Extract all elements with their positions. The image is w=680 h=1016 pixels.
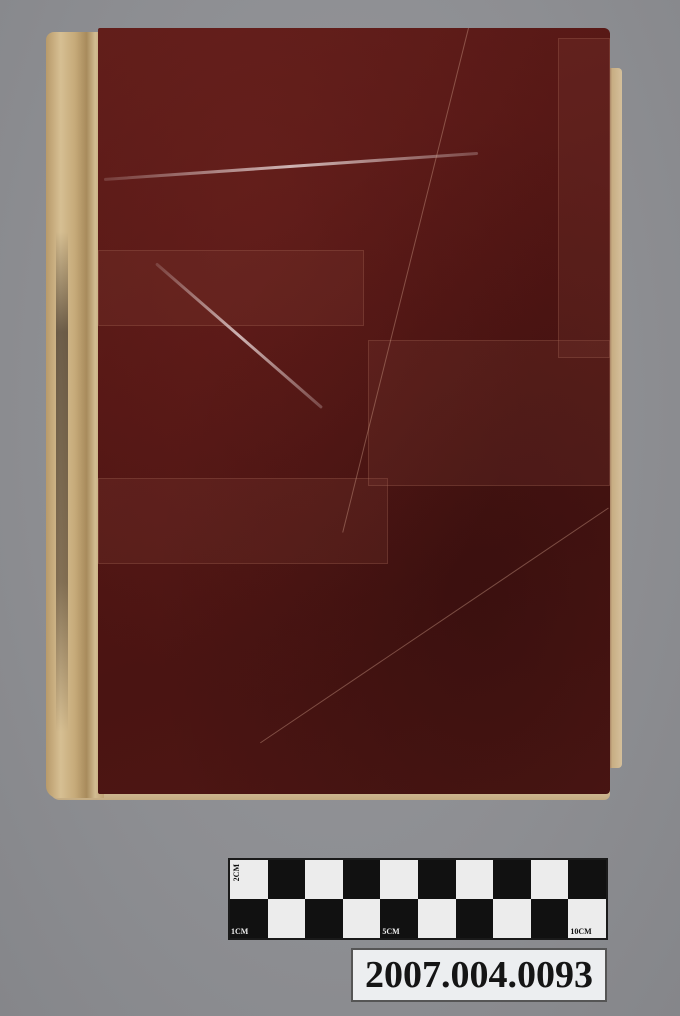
- scale-bar: 2CM 1CM 5CM 10CM: [228, 858, 608, 940]
- catalog-number-label: 2007.004.0093: [351, 948, 607, 1002]
- tape-patch: [558, 38, 610, 358]
- scale-label-2cm: 2CM: [232, 864, 241, 881]
- book-cover: [98, 28, 610, 794]
- book-spine: [46, 32, 104, 798]
- scale-label-1cm: 1CM: [231, 927, 248, 936]
- tape-patch: [368, 340, 610, 486]
- scale-label-10cm: 10CM: [570, 927, 591, 936]
- book-artifact: [44, 28, 622, 800]
- tape-patch: [98, 250, 364, 326]
- crease-line: [104, 152, 478, 181]
- scale-label-5cm: 5CM: [382, 927, 399, 936]
